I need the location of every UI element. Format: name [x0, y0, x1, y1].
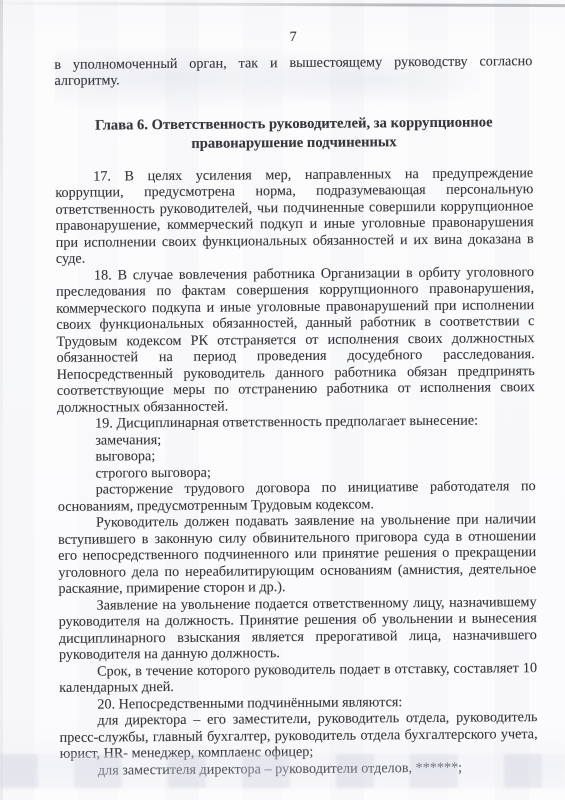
scanner-edge-top-artifact	[0, 2, 565, 7]
paragraph-resignation-rule: Руководитель должен подавать заявление н…	[58, 511, 537, 597]
page-number: 7	[54, 27, 532, 47]
scanner-edge-bottom-artifact	[0, 754, 565, 788]
paragraph-resignation-term: Срок, в течение которого руководитель по…	[59, 660, 537, 697]
list-item-contract-termination: расторжение трудового договора по инициа…	[58, 478, 536, 515]
page-content: 7 в уполномоченный орган, так и вышестоя…	[54, 27, 538, 779]
paragraph-18: 18. В случае вовлечения работника Органи…	[56, 264, 535, 416]
paragraph-resignation-procedure: Заявление на увольнение подается ответст…	[59, 594, 538, 664]
scanned-document-page: 7 в уполномоченный орган, так и вышестоя…	[0, 0, 565, 800]
paragraph-17: 17. В целях усиления мер, направленных н…	[55, 165, 534, 268]
paragraph-continuation: в уполномоченный орган, так и вышестояще…	[54, 53, 532, 90]
chapter-6-heading: Глава 6. Ответственность руководителей, …	[69, 113, 519, 156]
scanner-edge-left-artifact	[0, 0, 3, 800]
